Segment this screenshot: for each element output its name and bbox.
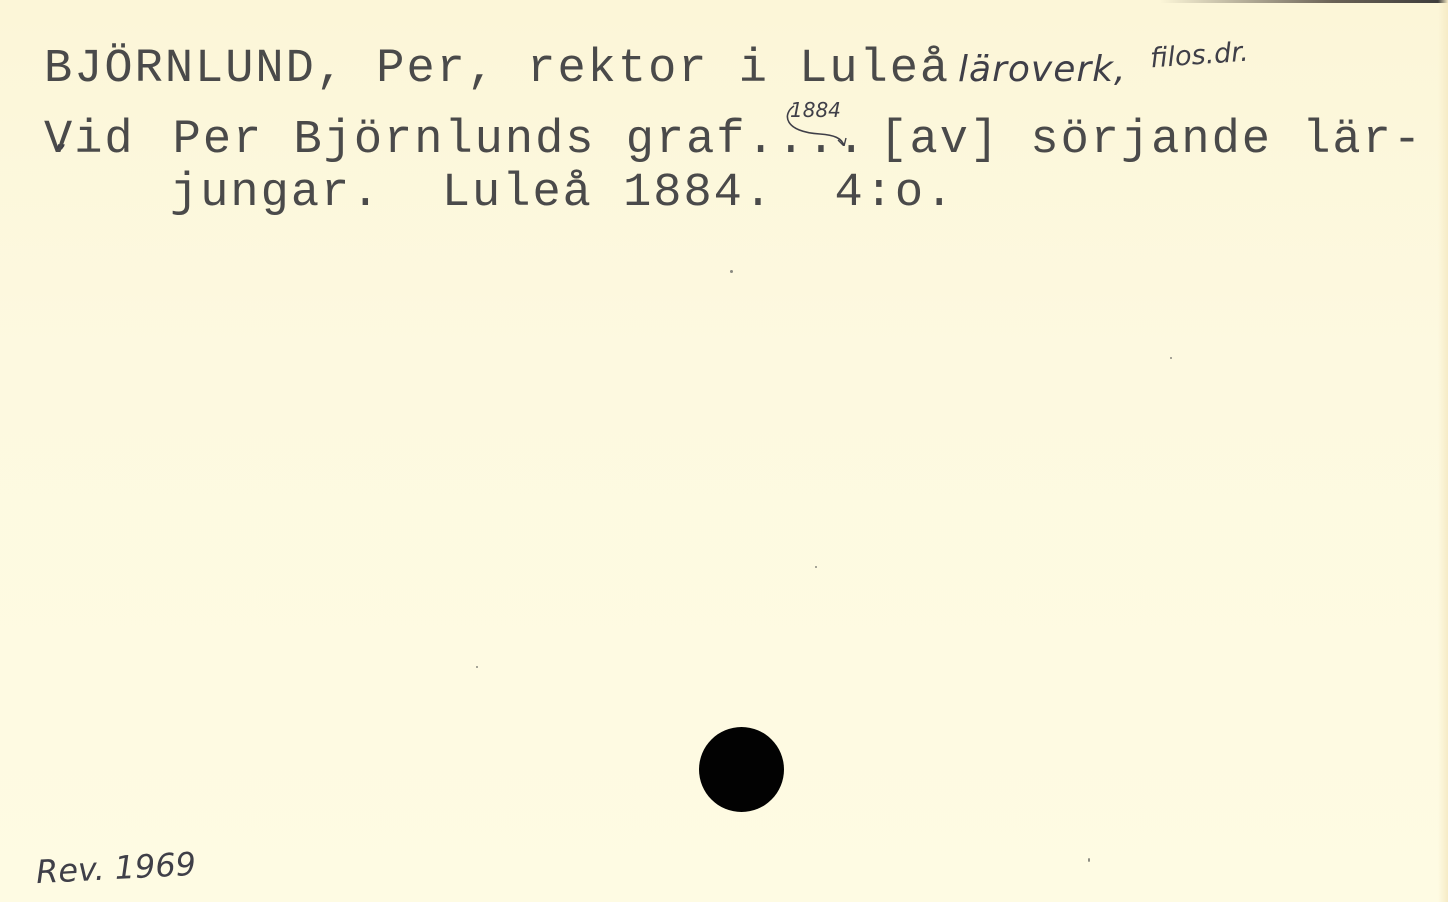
heading-handwritten-title: filos.dr. bbox=[1149, 39, 1249, 73]
paper-speck bbox=[730, 270, 733, 273]
paper-speck bbox=[1088, 858, 1090, 862]
entry-line-2: jungar. Luleå 1884. 4:o. bbox=[170, 170, 955, 217]
entry-title: Per Björnlunds graf.... bbox=[173, 114, 868, 167]
paper-speck bbox=[476, 666, 478, 668]
card-top-edge-shadow bbox=[1160, 0, 1448, 3]
revision-note: Rev. 1969 bbox=[35, 848, 196, 888]
catalog-card: BJÖRNLUND, Per, rektor i Luleå läroverk,… bbox=[0, 0, 1448, 902]
entry-rest: [av] sörjande lär- bbox=[879, 114, 1423, 167]
paper-speck bbox=[1170, 357, 1172, 359]
punch-hole bbox=[699, 727, 784, 812]
heading-typed: BJÖRNLUND, Per, rektor i Luleå bbox=[44, 46, 950, 93]
handwritten-year: 1884 bbox=[790, 100, 841, 120]
paper-speck bbox=[815, 566, 817, 568]
insertion-mark: „ bbox=[56, 130, 67, 152]
entry-line-1: VidPer Björnlunds graf....[av] sörjande … bbox=[44, 117, 1423, 164]
heading-handwritten-addition: läroverk, bbox=[958, 52, 1126, 88]
